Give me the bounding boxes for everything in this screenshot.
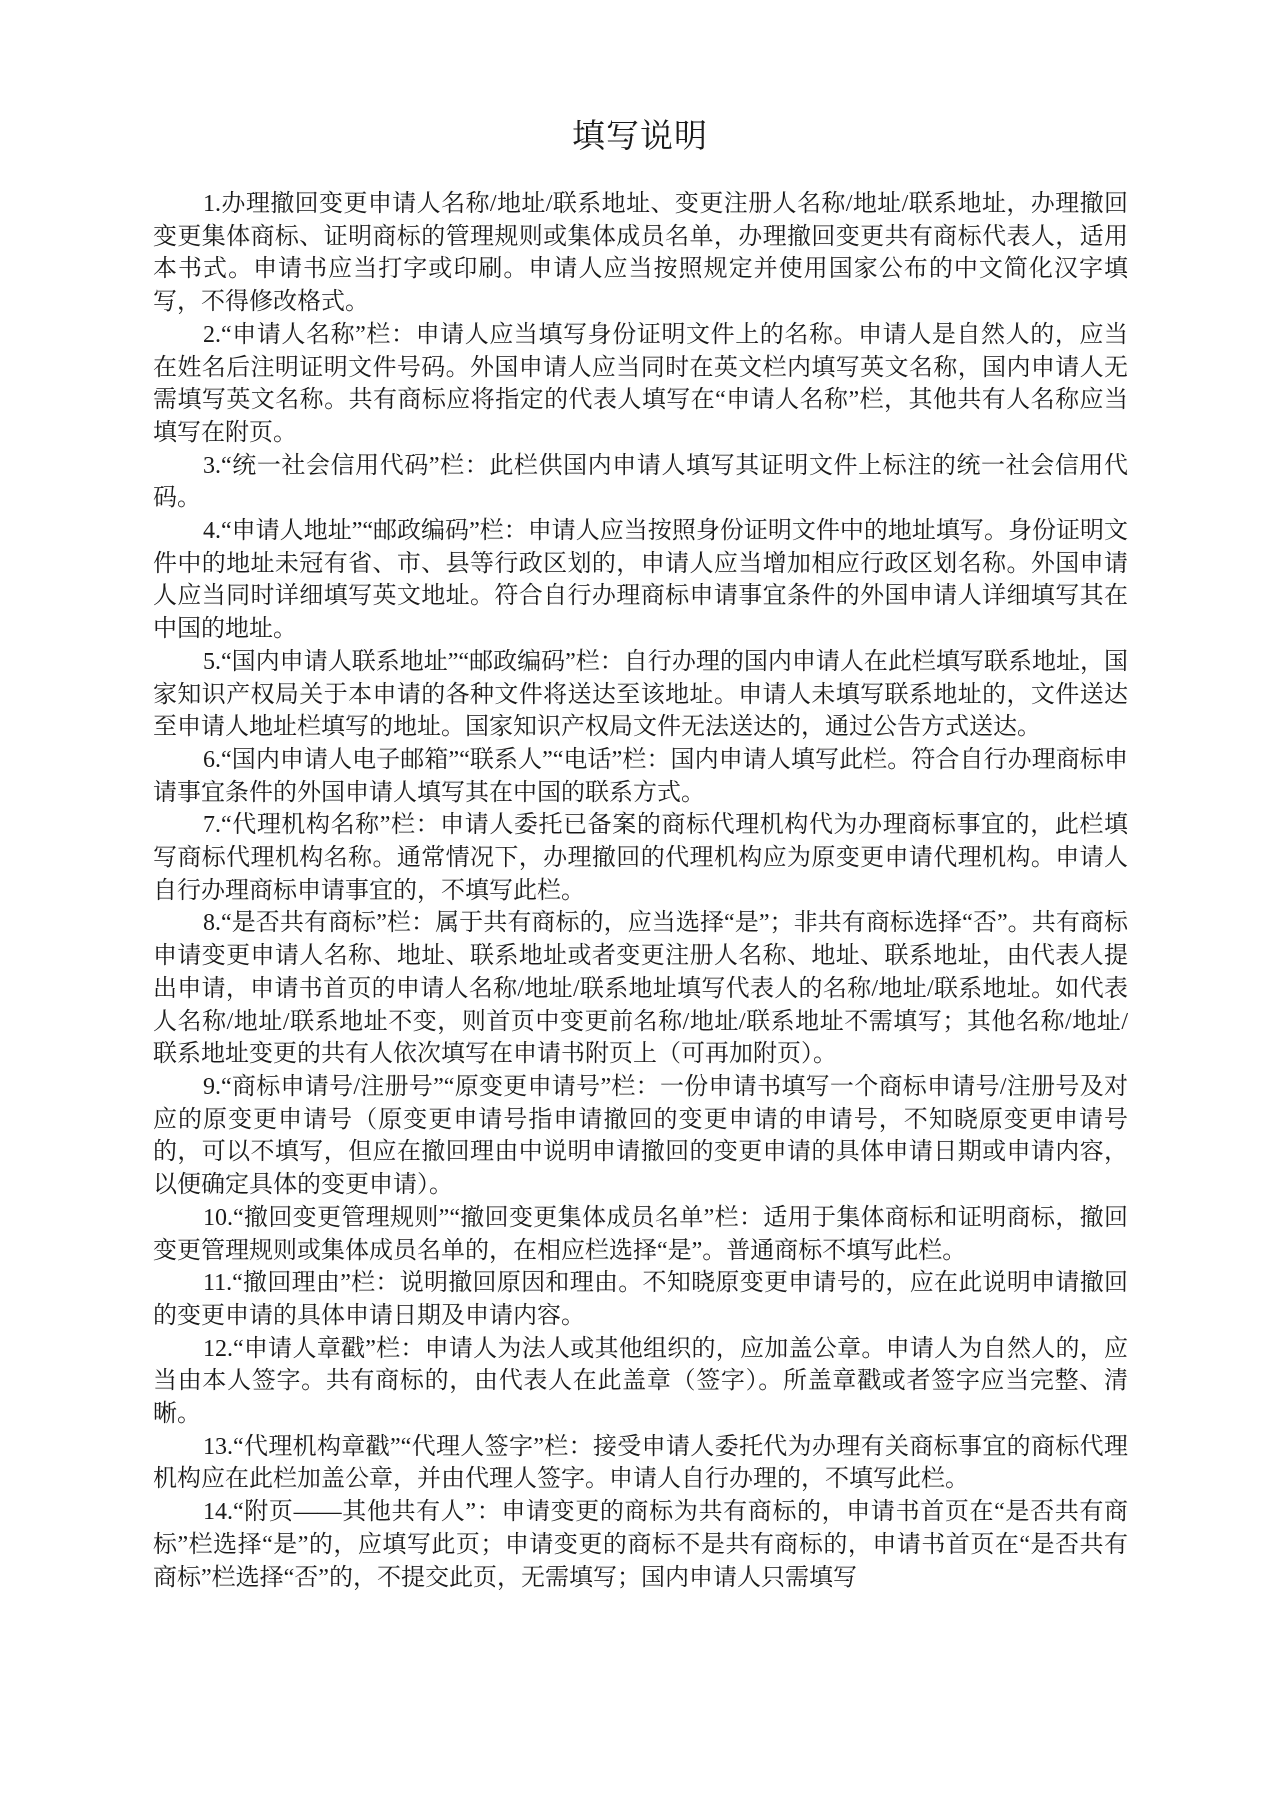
instruction-item-13: 13.“代理机构章戳”“代理人签字”栏：接受申请人委托代为办理有关商标事宜的商标… bbox=[153, 1431, 1128, 1496]
instruction-item-4: 4.“申请人地址”“邮政编码”栏：申请人应当按照身份证明文件中的地址填写。身份证… bbox=[153, 515, 1128, 646]
instruction-item-11: 11.“撤回理由”栏：说明撤回原因和理由。不知晓原变更申请号的，应在此说明申请撤… bbox=[153, 1267, 1128, 1332]
instruction-item-8: 8.“是否共有商标”栏：属于共有商标的，应当选择“是”；非共有商标选择“否”。共… bbox=[153, 907, 1128, 1071]
instruction-item-14: 14.“附页——其他共有人”：申请变更的商标为共有商标的，申请书首页在“是否共有… bbox=[153, 1496, 1128, 1594]
instruction-item-5: 5.“国内申请人联系地址”“邮政编码”栏：自行办理的国内申请人在此栏填写联系地址… bbox=[153, 646, 1128, 744]
instruction-item-6: 6.“国内申请人电子邮箱”“联系人”“电话”栏：国内申请人填写此栏。符合自行办理… bbox=[153, 744, 1128, 809]
instruction-item-12: 12.“申请人章戳”栏：申请人为法人或其他组织的，应加盖公章。申请人为自然人的，… bbox=[153, 1333, 1128, 1431]
document-page: 填写说明 1.办理撤回变更申请人名称/地址/联系地址、变更注册人名称/地址/联系… bbox=[0, 0, 1280, 1810]
instruction-item-9: 9.“商标申请号/注册号”“原变更申请号”栏：一份申请书填写一个商标申请号/注册… bbox=[153, 1071, 1128, 1202]
page-title: 填写说明 bbox=[0, 114, 1280, 160]
instruction-item-2: 2.“申请人名称”栏：申请人应当填写身份证明文件上的名称。申请人是自然人的，应当… bbox=[153, 319, 1128, 450]
instruction-item-3: 3.“统一社会信用代码”栏：此栏供国内申请人填写其证明文件上标注的统一社会信用代… bbox=[153, 450, 1128, 515]
instruction-item-7: 7.“代理机构名称”栏：申请人委托已备案的商标代理机构代为办理商标事宜的，此栏填… bbox=[153, 809, 1128, 907]
instruction-item-1: 1.办理撤回变更申请人名称/地址/联系地址、变更注册人名称/地址/联系地址，办理… bbox=[153, 188, 1128, 319]
instruction-item-10: 10.“撤回变更管理规则”“撤回变更集体成员名单”栏：适用于集体商标和证明商标，… bbox=[153, 1202, 1128, 1267]
instructions-body: 1.办理撤回变更申请人名称/地址/联系地址、变更注册人名称/地址/联系地址，办理… bbox=[153, 188, 1128, 1594]
